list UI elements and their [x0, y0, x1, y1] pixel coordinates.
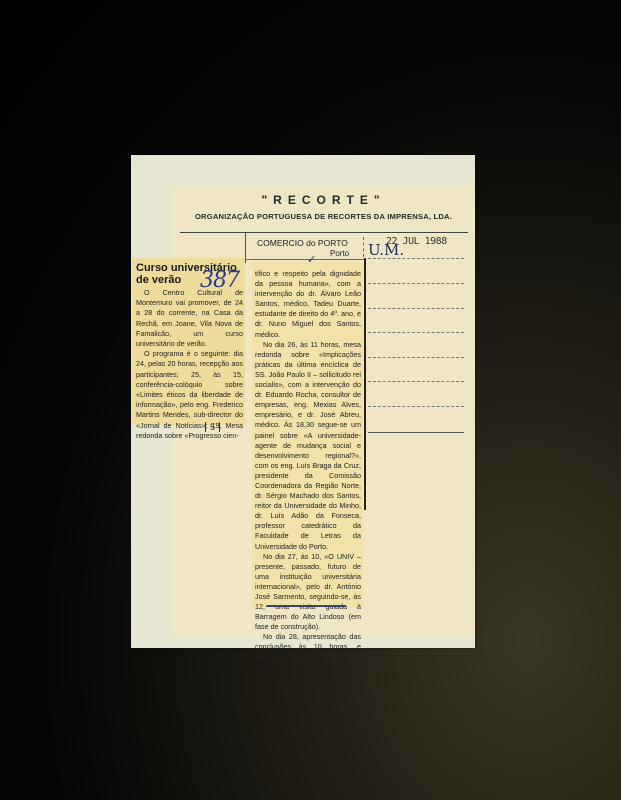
ruled-line [368, 432, 464, 433]
article-body-right: tífico e respeito pela dignidade da pess… [255, 269, 361, 663]
check-mark-icon: ✓ [307, 253, 316, 266]
article-body-left: O Centro Cultural de Montemuro vai promo… [136, 288, 243, 441]
ruled-line [368, 381, 464, 382]
form-divider-dashed [363, 237, 364, 257]
publication-underline [246, 259, 364, 260]
form-divider-right [364, 258, 366, 510]
ruled-line [368, 357, 464, 358]
header-divider [180, 232, 468, 233]
page-number: 5 [205, 422, 220, 432]
article-paragraph: No dia 28, apresentação das conclusões à… [255, 632, 361, 662]
article-paragraph: No dia 26, às 11 horas, mesa redonda sob… [255, 340, 361, 552]
recorte-title: "RECORTE" [172, 193, 475, 207]
article-paragraph: No dia 27, às 10, «O UNIV – presente, pa… [255, 552, 361, 633]
ruled-line [368, 258, 464, 259]
ruled-line [368, 332, 464, 333]
ruled-line [368, 406, 464, 407]
publication-city: Porto [330, 249, 349, 258]
organization-name: ORGANIZAÇÃO PORTUGUESA DE RECORTES DA IM… [172, 212, 475, 221]
ruled-line [368, 308, 464, 309]
ruled-line [368, 283, 464, 284]
publication-name: COMERCIO do PORTO [257, 238, 348, 248]
article-paragraph: tífico e respeito pela dignidade da pess… [255, 269, 361, 340]
article-paragraph: O programa é o seguinte: dia 24, pelas 2… [136, 349, 243, 441]
article-paragraph: O Centro Cultural de Montemuro vai promo… [136, 288, 243, 349]
handwritten-initials: U.M. [368, 241, 404, 259]
end-of-article-mark [266, 605, 346, 607]
